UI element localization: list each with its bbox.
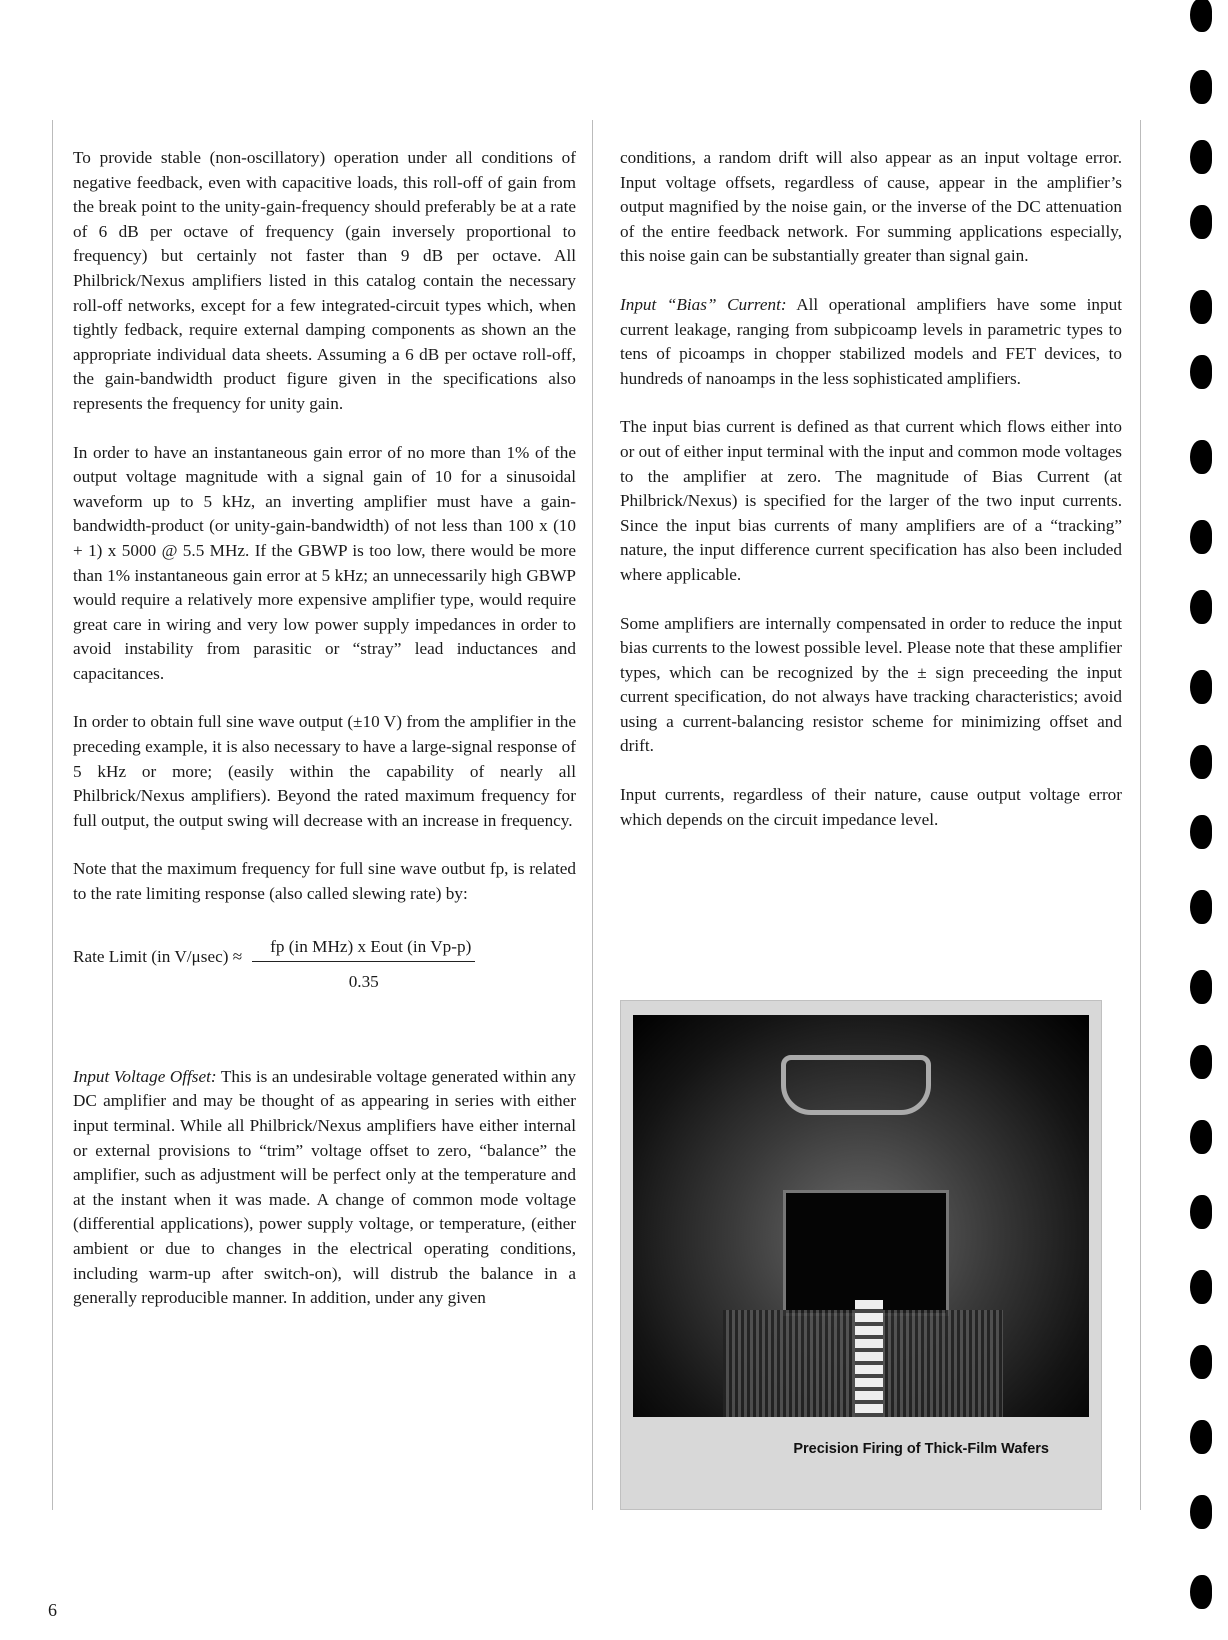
- furnace-opening: [783, 1190, 949, 1316]
- paragraph-gain-error: In order to have an instantaneous gain e…: [73, 441, 576, 687]
- binding-hole: [1190, 0, 1212, 32]
- binding-hole: [1190, 140, 1212, 174]
- left-margin-rule: [52, 120, 53, 1510]
- binding-hole: [1190, 670, 1212, 704]
- paragraph-input-currents: Input currents, regardless of their natu…: [620, 783, 1122, 832]
- paragraph-bias-definition: The input bias current is defined as tha…: [620, 415, 1122, 587]
- binding-hole: [1190, 970, 1212, 1004]
- wafer-row: [855, 1300, 883, 1417]
- column-divider: [592, 120, 593, 1510]
- formula-fraction: fp (in MHz) x Eout (in Vp-p) 0.35: [252, 935, 475, 995]
- binding-hole: [1190, 70, 1212, 104]
- binding-hole: [1190, 290, 1212, 324]
- binding-hole: [1190, 440, 1212, 474]
- rate-limit-formula: Rate Limit (in V/μsec) ≈ fp (in MHz) x E…: [73, 935, 576, 995]
- binding-hole: [1190, 1345, 1212, 1379]
- formula-numerator: fp (in MHz) x Eout (in Vp-p): [252, 935, 475, 963]
- binding-hole: [1190, 1045, 1212, 1079]
- furnace-handle: [781, 1055, 931, 1115]
- binding-hole: [1190, 1495, 1212, 1529]
- paragraph-random-drift: conditions, a random drift will also app…: [620, 146, 1122, 269]
- formula-denominator: 0.35: [252, 962, 475, 995]
- binding-hole: [1190, 205, 1212, 239]
- paragraph-bias-current: Input “Bias” Current: All operational am…: [620, 293, 1122, 391]
- thick-film-furnace-photo: [633, 1015, 1089, 1417]
- binding-hole: [1190, 355, 1212, 389]
- binding-hole: [1190, 1575, 1212, 1609]
- binding-hole: [1190, 1195, 1212, 1229]
- paragraph-voltage-offset: Input Voltage Offset: This is an undesir…: [73, 1065, 576, 1311]
- photo-caption: Precision Firing of Thick-Film Wafers: [621, 1441, 1101, 1457]
- right-column: conditions, a random drift will also app…: [620, 146, 1122, 856]
- right-margin-rule: [1140, 120, 1141, 1510]
- photo-figure: Precision Firing of Thick-Film Wafers: [620, 1000, 1102, 1510]
- binding-hole: [1190, 890, 1212, 924]
- binding-hole: [1190, 745, 1212, 779]
- voltage-offset-heading: Input Voltage Offset:: [73, 1067, 217, 1086]
- bias-current-heading: Input “Bias” Current:: [620, 295, 787, 314]
- binding-hole: [1190, 1270, 1212, 1304]
- binding-hole: [1190, 520, 1212, 554]
- binding-hole: [1190, 815, 1212, 849]
- binding-hole: [1190, 590, 1212, 624]
- formula-lhs: Rate Limit (in V/μsec) ≈: [73, 945, 242, 970]
- paragraph-roll-off: To provide stable (non-oscillatory) oper…: [73, 146, 576, 417]
- left-column: To provide stable (non-oscillatory) oper…: [73, 146, 576, 1335]
- paragraph-full-sine: In order to obtain full sine wave output…: [73, 710, 576, 833]
- page-number: 6: [48, 1600, 57, 1621]
- paragraph-max-frequency: Note that the maximum frequency for full…: [73, 857, 576, 906]
- paragraph-internal-compensation: Some amplifiers are internally compensat…: [620, 612, 1122, 760]
- binding-hole: [1190, 1120, 1212, 1154]
- binding-hole: [1190, 1420, 1212, 1454]
